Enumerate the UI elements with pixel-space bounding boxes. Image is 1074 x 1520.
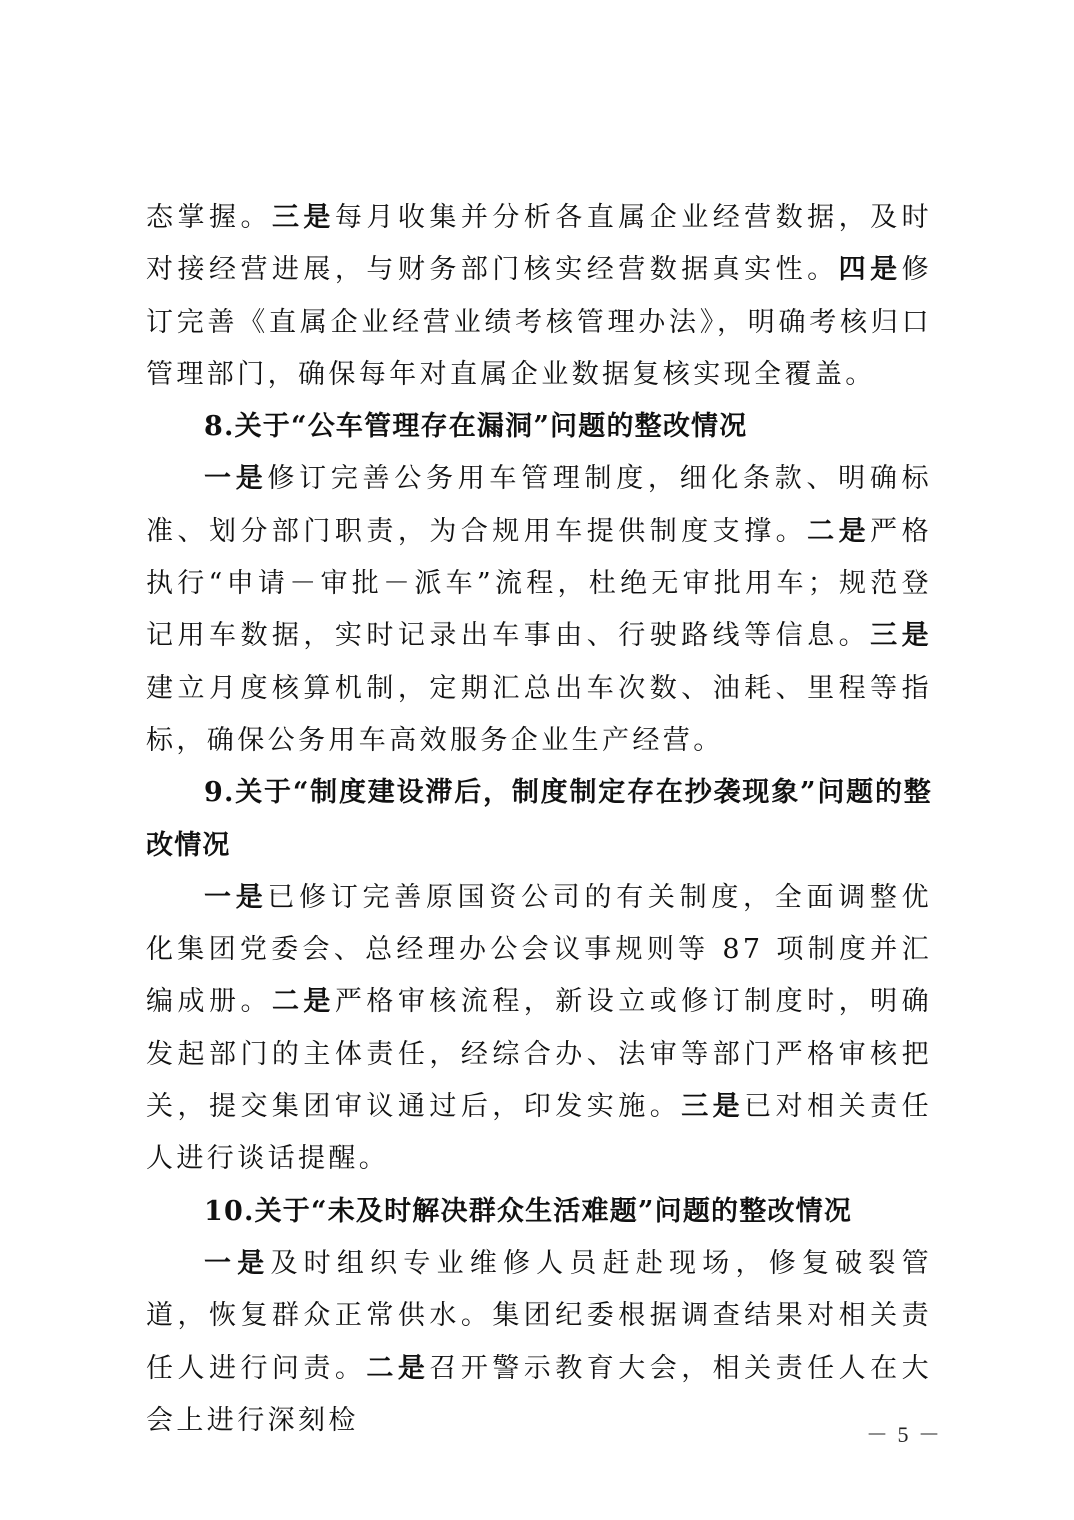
text-segment: 建立月度核算机制，定期汇总出车次数、油耗、里程等指标，确保公务用车高效服务企业生… bbox=[146, 673, 932, 756]
bold-lead-sanshi: 三是 bbox=[272, 202, 335, 233]
document-body: 态掌握。三是每月收集并分析各直属企业经营数据，及时对接经营进展，与财务部门核实经… bbox=[146, 192, 932, 1447]
bold-lead-ershi: 二是 bbox=[272, 986, 335, 1017]
bold-lead-sishi: 四是 bbox=[839, 254, 902, 285]
paragraph-section8: 一是修订完善公务用车管理制度，细化条款、明确标准、划分部门职责，为合规用车提供制… bbox=[146, 453, 932, 767]
section-heading-8: 8.关于“公车管理存在漏洞”问题的整改情况 bbox=[146, 401, 932, 453]
bold-lead-ershi: 二是 bbox=[366, 1353, 429, 1384]
paragraph-section9: 一是已修订完善原国资公司的有关制度，全面调整优化集团党委会、总经理办公会议事规则… bbox=[146, 872, 932, 1186]
paragraph-section7-continued: 态掌握。三是每月收集并分析各直属企业经营数据，及时对接经营进展，与财务部门核实经… bbox=[146, 192, 932, 401]
bold-lead-yishi: 一是 bbox=[204, 882, 267, 913]
text-segment: 态掌握。 bbox=[146, 202, 272, 233]
section-heading-10: 10.关于“未及时解决群众生活难题”问题的整改情况 bbox=[146, 1186, 932, 1238]
bold-lead-yishi: 一是 bbox=[204, 463, 267, 494]
bold-lead-sanshi: 三是 bbox=[681, 1091, 744, 1122]
bold-lead-yishi: 一是 bbox=[204, 1248, 270, 1279]
bold-lead-ershi: 二是 bbox=[807, 516, 870, 547]
bold-lead-sanshi: 三是 bbox=[870, 620, 932, 651]
paragraph-section10: 一是及时组织专业维修人员赶赴现场，修复破裂管道，恢复群众正常供水。集团纪委根据调… bbox=[146, 1238, 932, 1447]
page-number: － 5 － bbox=[866, 1418, 942, 1449]
section-heading-9: 9.关于“制度建设滞后，制度制定存在抄袭现象”问题的整改情况 bbox=[146, 767, 932, 872]
